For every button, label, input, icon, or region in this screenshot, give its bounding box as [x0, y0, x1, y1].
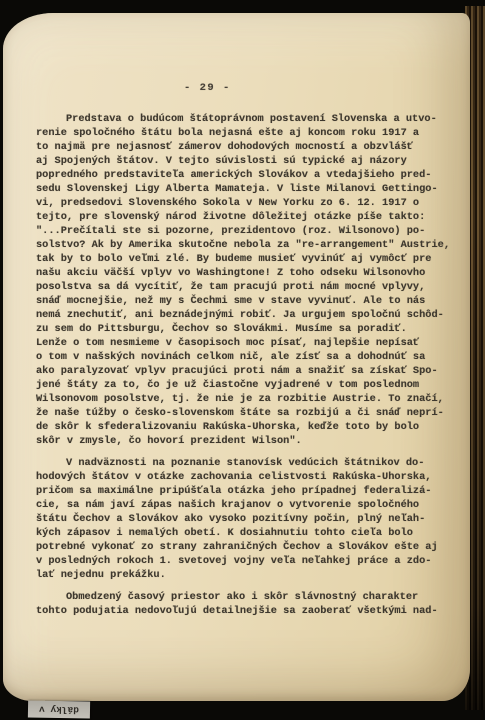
text-line: ako paralyzovať vplyv pracujúci proti ná… [36, 364, 454, 378]
paragraph-2: V nadväznosti na poznanie stanovísk vedú… [36, 456, 454, 582]
text-line: V nadväznosti na poznanie stanovísk vedú… [36, 456, 454, 470]
text-line: tak by to bolo veľmi zlé. By budeme musi… [36, 252, 454, 266]
text-line: vi, predsedovi Slovenského Sokola v New … [36, 196, 454, 210]
page-number: - 29 - [184, 82, 231, 94]
text-line: kých zápasov i nemalých obetí. K dosiahn… [36, 526, 454, 540]
next-page-fragment-text: dálky v [39, 704, 79, 716]
text-line: hodových štátov v otázke zachovania celi… [36, 470, 454, 484]
text-line: posolstva sa dá vycítiť, že tam pracujú … [36, 280, 454, 294]
text-line: jené štáty za to, čo je už čiastočne vyj… [36, 378, 454, 392]
text-line: nemá znechutiť, ani beznádejnými robiť. … [36, 308, 454, 322]
page-text: Predstava o budúcom štátoprávnom postave… [36, 112, 454, 618]
text-line: sedu Slovenskej Ligy Alberta Mamateja. V… [36, 182, 454, 196]
text-line: Predstava o budúcom štátoprávnom postave… [36, 112, 454, 126]
text-line: v posledných rokoch 1. svetovej vojny ve… [36, 554, 454, 568]
next-page-fragment: dálky v [28, 700, 90, 718]
text-line: tejto, pre slovenský národ životne dôlež… [36, 210, 454, 224]
text-line: štátu Čechov a Slovákov ako vysoko pozit… [36, 512, 454, 526]
text-line: tohto podujatia nedovoľujú detailnejšie … [36, 604, 454, 618]
text-line: to najmä pre nejasnosť zámerov dohodovýc… [36, 140, 454, 154]
text-line: snáď mocnejšie, než my s Čechmi sme v st… [36, 294, 454, 308]
paragraph-3: Obmedzený časový priestor ako i skôr slá… [36, 590, 454, 618]
text-line: cie, sa nám javí zápas našich krajanov o… [36, 498, 454, 512]
text-line: skôr v zmysle, čo hovorí prezident Wilso… [36, 434, 454, 448]
text-line: o tom v našských novinách celkom nič, al… [36, 350, 454, 364]
text-line: lať nejednu prekážku. [36, 568, 454, 582]
text-line: popredného predstaviteľa amerických Slov… [36, 168, 454, 182]
text-line: "...Prečítali ste si pozorne, prezidento… [36, 224, 454, 238]
text-line: Wilsonovom posolstve, tj. že nie je za r… [36, 392, 454, 406]
text-line: pričom sa maximálne pripúšťala otázka je… [36, 484, 454, 498]
text-line: de skôr k sfederalizovaniu Rakúska-Uhors… [36, 420, 454, 434]
text-line: Obmedzený časový priestor ako i skôr slá… [36, 590, 454, 604]
text-line: že naše túžby o česko-slovenskom štáte s… [36, 406, 454, 420]
text-line: zu sem do Pittsburgu, Čechov so Slovákmi… [36, 322, 454, 336]
text-line: našu akciu väčší vplyv vo Washingtone! Z… [36, 266, 454, 280]
text-line: potrebné vykonať zo strany zahraničných … [36, 540, 454, 554]
text-line: aj Spojených štátov. V tejto súvislosti … [36, 154, 454, 168]
paragraph-1: Predstava o budúcom štátoprávnom postave… [36, 112, 454, 448]
text-line: Lenže o tom nesmieme v časopisoch moc pí… [36, 336, 454, 350]
text-line: renie spoločného štátu bola nejasná ešte… [36, 126, 454, 140]
text-line: solstvo? Ak by Amerika skutočne nebola z… [36, 238, 454, 252]
